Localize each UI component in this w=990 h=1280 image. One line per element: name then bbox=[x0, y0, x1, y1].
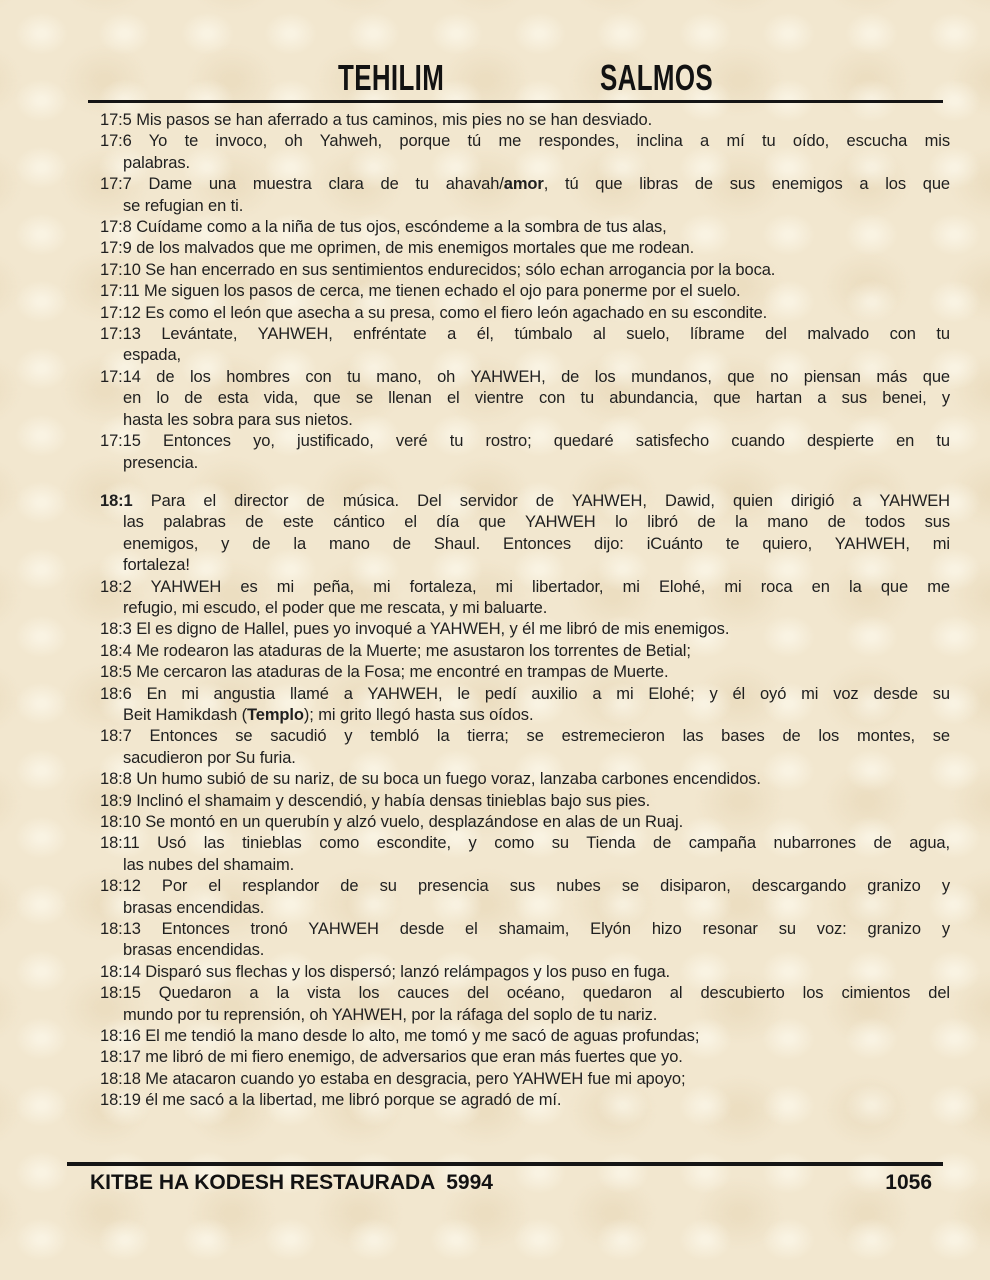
verse-line: 18:13 Entonces tronó YAHWEH desde el sha… bbox=[100, 919, 950, 940]
verse: 18:17 me libró de mi fiero enemigo, de a… bbox=[100, 1047, 950, 1068]
verse-line: 18:3 El es digno de Hallel, pues yo invo… bbox=[100, 619, 950, 640]
verse-line: 17:7 Dame una muestra clara de tu ahavah… bbox=[100, 174, 950, 195]
footer-book-title: KITBE HA KODESH RESTAURADA 5994 bbox=[90, 1171, 493, 1195]
verse-line: fortaleza! bbox=[100, 555, 950, 576]
verse: 18:7 Entonces se sacudió y tembló la tie… bbox=[100, 726, 950, 769]
verse-line: en lo de esta vida, que se llenan el vie… bbox=[100, 388, 950, 409]
verse: 17:12 Es como el león que asecha a su pr… bbox=[100, 303, 950, 324]
verse: 17:8 Cuídame como a la niña de tus ojos,… bbox=[100, 217, 950, 238]
verse: 18:15 Quedaron a la vista los cauces del… bbox=[100, 983, 950, 1026]
verse: 17:5 Mis pasos se han aferrado a tus cam… bbox=[100, 110, 950, 131]
verse-line: enemigos, y de la mano de Shaul. Entonce… bbox=[100, 534, 950, 555]
page-title-hebrew: TEHILIM bbox=[338, 57, 444, 99]
verse: 18:5 Me cercaron las ataduras de la Fosa… bbox=[100, 662, 950, 683]
verse: 18:13 Entonces tronó YAHWEH desde el sha… bbox=[100, 919, 950, 962]
verse-line: palabras. bbox=[100, 153, 950, 174]
verse: 18:18 Me atacaron cuando yo estaba en de… bbox=[100, 1069, 950, 1090]
verse: 18:16 El me tendió la mano desde lo alto… bbox=[100, 1026, 950, 1047]
verse-line: 18:10 Se montó en un querubín y alzó vue… bbox=[100, 812, 950, 833]
verse-line: las palabras de este cántico el día que … bbox=[100, 512, 950, 533]
verse-line: 18:9 Inclinó el shamaim y descendió, y h… bbox=[100, 791, 950, 812]
verse-line: 18:14 Disparó sus flechas y los dispersó… bbox=[100, 962, 950, 983]
verse-line: mundo por tu reprensión, oh YAHWEH, por … bbox=[100, 1005, 950, 1026]
verse: 18:12 Por el resplandor de su presencia … bbox=[100, 876, 950, 919]
verse-line: brasas encendidas. bbox=[100, 898, 950, 919]
verse-line: 18:6 En mi angustia llamé a YAHWEH, le p… bbox=[100, 684, 950, 705]
verse: 18:6 En mi angustia llamé a YAHWEH, le p… bbox=[100, 684, 950, 727]
verse-line: 17:15 Entonces yo, justificado, veré tu … bbox=[100, 431, 950, 452]
verse-line: 17:11 Me siguen los pasos de cerca, me t… bbox=[100, 281, 950, 302]
verse: 18:2 YAHWEH es mi peña, mi fortaleza, mi… bbox=[100, 577, 950, 620]
verse-line: 17:8 Cuídame como a la niña de tus ojos,… bbox=[100, 217, 950, 238]
verse-line: 18:7 Entonces se sacudió y tembló la tie… bbox=[100, 726, 950, 747]
verse: 17:15 Entonces yo, justificado, veré tu … bbox=[100, 431, 950, 474]
verse-line: 17:10 Se han encerrado en sus sentimient… bbox=[100, 260, 950, 281]
verse: 17:11 Me siguen los pasos de cerca, me t… bbox=[100, 281, 950, 302]
verse: 18:3 El es digno de Hallel, pues yo invo… bbox=[100, 619, 950, 640]
verse-line: 18:8 Un humo subió de su nariz, de su bo… bbox=[100, 769, 950, 790]
verse-line: las nubes del shamaim. bbox=[100, 855, 950, 876]
verse: 17:9 de los malvados que me oprimen, de … bbox=[100, 238, 950, 259]
verse-line: 18:12 Por el resplandor de su presencia … bbox=[100, 876, 950, 897]
verse: 18:1 Para el director de música. Del ser… bbox=[100, 491, 950, 577]
verse-line: 17:13 Levántate, YAHWEH, enfréntate a él… bbox=[100, 324, 950, 345]
verse-line: sacudieron por Su furia. bbox=[100, 748, 950, 769]
header-rule bbox=[88, 100, 943, 103]
verse: 18:9 Inclinó el shamaim y descendió, y h… bbox=[100, 791, 950, 812]
verse-line: hasta les sobra para sus nietos. bbox=[100, 410, 950, 431]
footer-page-number: 1056 bbox=[885, 1171, 932, 1195]
verse-line: refugio, mi escudo, el poder que me resc… bbox=[100, 598, 950, 619]
verse: 18:8 Un humo subió de su nariz, de su bo… bbox=[100, 769, 950, 790]
verse: 18:10 Se montó en un querubín y alzó vue… bbox=[100, 812, 950, 833]
verse-line: brasas encendidas. bbox=[100, 940, 950, 961]
page-title-spanish: SALMOS bbox=[600, 57, 713, 99]
verse: 17:6 Yo te invoco, oh Yahweh, porque tú … bbox=[100, 131, 950, 174]
verse-line: 18:16 El me tendió la mano desde lo alto… bbox=[100, 1026, 950, 1047]
verse: 17:7 Dame una muestra clara de tu ahavah… bbox=[100, 174, 950, 217]
verse-line: 18:2 YAHWEH es mi peña, mi fortaleza, mi… bbox=[100, 577, 950, 598]
verse: 18:11 Usó las tinieblas como escondite, … bbox=[100, 833, 950, 876]
footer-rule bbox=[67, 1162, 943, 1166]
verse: 18:14 Disparó sus flechas y los dispersó… bbox=[100, 962, 950, 983]
verse-line: 17:9 de los malvados que me oprimen, de … bbox=[100, 238, 950, 259]
verse-line: espada, bbox=[100, 345, 950, 366]
verse-line: 18:5 Me cercaron las ataduras de la Fosa… bbox=[100, 662, 950, 683]
verse-line: 18:4 Me rodearon las ataduras de la Muer… bbox=[100, 641, 950, 662]
verse: 18:19 él me sacó a la libertad, me libró… bbox=[100, 1090, 950, 1111]
verse-line: 18:18 Me atacaron cuando yo estaba en de… bbox=[100, 1069, 950, 1090]
verse-line: 18:11 Usó las tinieblas como escondite, … bbox=[100, 833, 950, 854]
verse: 18:4 Me rodearon las ataduras de la Muer… bbox=[100, 641, 950, 662]
verse-line: 17:14 de los hombres con tu mano, oh YAH… bbox=[100, 367, 950, 388]
verse-line: se refugian en ti. bbox=[100, 196, 950, 217]
verse-line: presencia. bbox=[100, 453, 950, 474]
verse: 17:14 de los hombres con tu mano, oh YAH… bbox=[100, 367, 950, 431]
verse-line: 17:6 Yo te invoco, oh Yahweh, porque tú … bbox=[100, 131, 950, 152]
verses: 17:5 Mis pasos se han aferrado a tus cam… bbox=[100, 110, 950, 1112]
verse-line: 17:5 Mis pasos se han aferrado a tus cam… bbox=[100, 110, 950, 131]
verse: 17:10 Se han encerrado en sus sentimient… bbox=[100, 260, 950, 281]
verse-line: Beit Hamikdash (Templo); mi grito llegó … bbox=[100, 705, 950, 726]
verse-line: 18:19 él me sacó a la libertad, me libró… bbox=[100, 1090, 950, 1111]
verse-line: 18:17 me libró de mi fiero enemigo, de a… bbox=[100, 1047, 950, 1068]
verse-line: 18:1 Para el director de música. Del ser… bbox=[100, 491, 950, 512]
verse-line: 18:15 Quedaron a la vista los cauces del… bbox=[100, 983, 950, 1004]
verse: 17:13 Levántate, YAHWEH, enfréntate a él… bbox=[100, 324, 950, 367]
verse-line: 17:12 Es como el león que asecha a su pr… bbox=[100, 303, 950, 324]
page: { "header": { "title_left": "TEHILIM", "… bbox=[0, 0, 990, 1280]
